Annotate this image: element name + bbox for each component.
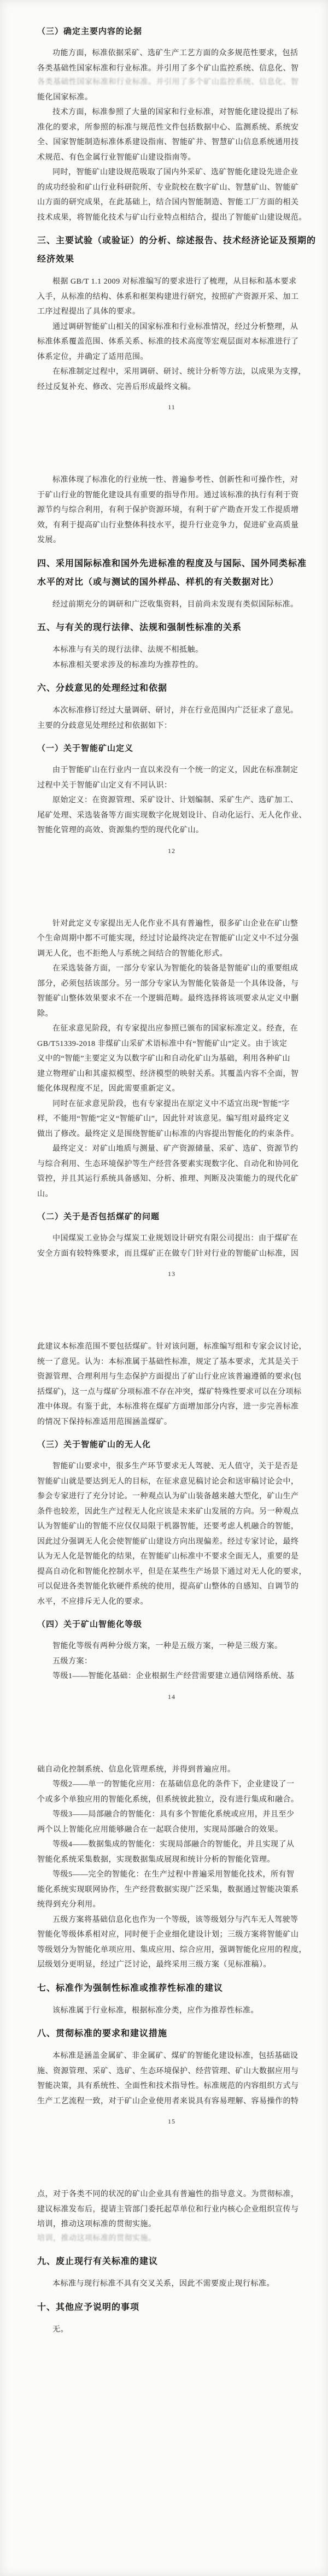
body-line: 智能化系统采集数据，实现数据集成展现和统计分析的智能化管理。 (37, 1852, 306, 1868)
page-number: 13 (37, 1270, 306, 1278)
body-line: 经过反复补充、修改、完善后形成最终文稿。 (37, 380, 306, 395)
body-line: 过程中关于智能矿山定义有不同认识： (37, 778, 306, 793)
body-line: 此建议本标准范围不要包括煤矿。针对该问题，标准编写组和专家会议讨论， (37, 1339, 306, 1355)
section-heading: 六、分歧意见的处理经过和依据 (37, 679, 306, 698)
body-line: 部分，必须包括该部分。另一部分专家认为智能化装备是一个具体设备，与 (37, 977, 306, 992)
body-line: 主要的分歧意见处理经过和依据如下： (37, 719, 306, 734)
body-line: 发展。 (37, 533, 306, 548)
body-line: 智能矿山要求中，很多生产环节要求无人驾驶、无人值守，关于是否是 (37, 1459, 306, 1474)
section-heading: 五、与有关的现行法律、法规和强制性标准的关系 (37, 619, 306, 637)
body-line: 两个以上智能化应用能够融合在一起联合使用，实现局部融合的效果。 (37, 1822, 306, 1838)
body-line: 在标准制定过程中，采用调研、研讨、统计分析等方法，以成果为支撑， (37, 364, 306, 380)
body-line: 调无人化，也不拒绝人与系统之间结合的智能化形式。 (37, 946, 306, 962)
section-heading: 九、废止现行有关标准的建议 (37, 2252, 306, 2271)
red-comma-mark: ， (93, 2206, 101, 2214)
body-line: 统一了意见。认为：本标准属于基础性标准，规定了基本要求，尤其是关于 (37, 1355, 306, 1370)
document-root: （三）确定主要内容的论据功能方面，标准依据采矿、选矿生产工艺方面的众多规范性要求… (37, 23, 306, 2337)
body-line: 样，不能用“智能”定义“智能矿山”，因此针对该意见。编写组对最终定义 (37, 1111, 306, 1127)
body-line: 统得到充分利用。 (37, 1897, 306, 1913)
body-line: 工序过程提出了具体的要求。 (37, 304, 306, 320)
body-line: 于矿山行业的智能化建设具有重要的指导作用。通过该标准的执行有利于资 (37, 488, 306, 503)
page-number: 11 (37, 403, 306, 411)
body-line: 除。 (37, 1007, 306, 1022)
body-line: 在征求意见阶段，有专家提出应参照已颁布的国家标准定义。经查，在 (37, 1021, 306, 1037)
body-text: 建议标准发布后 (37, 2206, 93, 2214)
body-line: 功能方面，标准依据采矿、选矿生产工艺方面的众多规范性要求，包括 (37, 46, 306, 61)
subsection-heading: （三）确定主要内容的论据 (37, 23, 306, 40)
body-line: 认为智能矿山的智能不应仅仅局限于机器智能，还要考虑人机融合的智能， (37, 1519, 306, 1534)
body-line: 能化国家标准。 (37, 90, 306, 105)
body-line: 建议标准发布后，提请主管部门委托起草单位和行业内核心企业组织宣传与 (37, 2202, 306, 2218)
scanned-document: （三）确定主要内容的论据功能方面，标准依据采矿、选矿生产工艺方面的众多规范性要求… (0, 0, 328, 2576)
body-line: 智能化管理的高效、资源集约型的现代化矿山。 (37, 823, 306, 838)
body-line: 提高自动化和智能化控制水平，但是在某些生产场景下通过对无人化的要求， (37, 1565, 306, 1580)
body-line: 本标准与现行标准不具有交叉关系，因此不需要废止现行标准。 (37, 2277, 306, 2292)
body-line: 山。 (37, 1187, 306, 1202)
body-line: 资源管理、合理利用与生态保护方面提出了矿山行业应该普遍遵循的要求(包 (37, 1369, 306, 1385)
body-line: 无。 (37, 2322, 306, 2338)
body-line: 该标准属于行业标准，根据标准分类，应作为推荐性标准。 (37, 2003, 306, 2019)
body-line: 智能决策，具有系统性、全面性和技术指导性。标准规范的内容组织方式与 (37, 2079, 306, 2094)
body-line: 准化的要求，所参照的标准与规范性文件包括数据中心、监测系统、系统安 (37, 120, 306, 136)
heading-line: 水平的对比（或与测试的国外样品、样机的有关数据对比） (37, 573, 306, 592)
subsection-heading: （四）关于矿山智能化等级 (37, 1616, 306, 1633)
body-line: 本标准是涵盖金属矿、非金属矿、煤矿的智能化建设标准，包括基础设 (37, 2049, 306, 2064)
body-line: 根据 GB/T 1.1 2009 对标准编写的要求进行了梳理，从目标和基本要求 (37, 274, 306, 290)
page-number: 14 (37, 1693, 306, 1701)
heading-line: 经济效果 (37, 250, 306, 269)
body-line: 体系定位，并确定了适用范围。 (37, 350, 306, 365)
body-line: 各类基础性国家标准和行业标准。并引用了多个矿山监控系统、信息化、智 (37, 61, 306, 77)
document-page: （三）确定主要内容的论据功能方面，标准依据采矿、选矿生产工艺方面的众多规范性要求… (37, 23, 306, 411)
heading-line: （三）关于智能矿山的无人化 (37, 1436, 306, 1454)
body-line: 建立物理矿山和其虚拟模型、经济模型的映射关系。其覆盖内容不全面，智 (37, 1067, 306, 1082)
body-line: 括煤矿)，这一点与煤矿分项标准不存在冲突，煤矿特殊性要求可以在分项标 (37, 1385, 306, 1400)
document-page: 点，对于各类不同的状况的矿山企业具有普遍性的指导意义。为贯彻标准，建议标准发布后… (37, 2187, 306, 2337)
heading-line: 三、主要试验（或验证）的分析、综述报告、技术经济论证及预期的 (37, 232, 306, 250)
body-line: 通过调研智能矿山相关的国家标准和行业标准情况，经过分析整理，从 (37, 320, 306, 335)
body-line: 生产工艺流程一致，对于矿山企业使用者来说具有容易理解、容易操作的特 (37, 2094, 306, 2109)
ghost-line: 各类基础性国家标准和行业标准。并引用了多个矿山监控系统、信息化、智 (37, 75, 306, 90)
body-line: GB/T51339-2018 非煤矿山采矿术语标准中有“智能矿山”定义。由于该定 (37, 1037, 306, 1052)
body-line: 条件也较差，因此生产过程无人化应该是未来矿山发展的方向。另一种观点 (37, 1504, 306, 1520)
body-line: 可以促进各类智能化软硬件系统的使用，提高矿山整体的自感知、自调节的 (37, 1579, 306, 1595)
body-line: 智能化等级有两种分级方案，一种是五级方案，一种是三级方案。 (37, 1639, 306, 1654)
body-line: 本次标准修订经过大量调研、研讨，并在行业范围内广泛征求了意见。 (37, 703, 306, 719)
heading-line: （一）关于智能矿山定义 (37, 740, 306, 757)
document-page: 础自动化控制系统、信息化管理系统，并得到普遍应用。等级2——单一的智能化应用：在… (37, 1762, 306, 2126)
body-line: 等级3——局部融合的智能化：具有多个智能化系统或应用，并且至少 (37, 1807, 306, 1822)
body-line: 础自动化控制系统、信息化管理系统，并得到普遍应用。 (37, 1762, 306, 1778)
heading-line: 七、标准作为强制性标准或推荐性标准的建议 (37, 1979, 306, 1998)
body-line: 山方面的研究成果，在此基础上，结合国内智能制造、智能工厂方面的相关 (37, 195, 306, 210)
ghost-line: 培训，推动这项标准的贯彻实施。 (37, 2231, 306, 2246)
heading-line: 十、其他应予说明的事项 (37, 2298, 306, 2317)
body-line: 点，对于各类不同的状况的矿山企业具有普遍性的指导意义。为贯彻标准， (37, 2187, 306, 2202)
body-line: 做出了修改。最终定义是围绕智能矿山标准的内容提出智能化的约束条件。 (37, 1127, 306, 1142)
body-line: 同时，智能矿山建设规范吸取了国内外采矿、选矿智能化建设先进企业 (37, 165, 306, 180)
body-line: 由于智能矿山在行业内一直以来没有一个统一的定义，因此在标准制定 (37, 763, 306, 778)
body-text: 提请主管部门委托起草单位和行业内核心企业组织宣传与 (101, 2206, 299, 2214)
section-heading: 四、采用国际标准和国外先进标准的程度及与国际、国外同类标准水平的对比（或与测试的… (37, 555, 306, 592)
body-line: 的情况下保持标准适用范围涵盖煤矿。 (37, 1415, 306, 1430)
document-page: 标准体现了标准化的行业统一性、普遍参考性、创新性和可操作性，对于矿山行业的智能化… (37, 473, 306, 855)
heading-line: （二）关于是否包括煤矿的问题 (37, 1208, 306, 1226)
body-line: 源节约与综合利用，有利于保护资源环境，有利于矿产勘查开发工作提质增 (37, 503, 306, 518)
body-line: 个生命周期中都不可能实现，经过讨论最终决定在智能矿山定义中不过分强 (37, 931, 306, 946)
body-line: 安全方面有较特殊要求，而且煤矿正在做专门针对行业的智能矿山标准，因 (37, 1246, 306, 1262)
body-line: 在采选装备方面，一部分专家认为智能化的装备是智能矿山的重要组成 (37, 961, 306, 977)
body-line: 全、国家智能制造标准体系建设指南、智能矿井、智慧矿山信息系统通用技 (37, 135, 306, 150)
body-line: 因此过分强调无人化会使智能矿山建设方向出现偏差。经过专家讨论，最终 (37, 1534, 306, 1550)
body-line: 认为无人化是智能化的结果，在智能矿山标准中不要求全面无人，重要的是 (37, 1549, 306, 1565)
heading-line: 六、分歧意见的处理经过和依据 (37, 679, 306, 698)
body-line: 的成功经验和矿山行业科研院所、专业院校在数字矿山、智慧矿山、智能矿 (37, 180, 306, 196)
section-heading: 七、标准作为强制性标准或推荐性标准的建议 (37, 1979, 306, 1998)
body-line: 标准体现了标准化的行业统一性、普遍参考性、创新性和可操作性，对 (37, 473, 306, 488)
subsection-heading: （一）关于智能矿山定义 (37, 740, 306, 757)
body-line: 经过前期充分的调研和广泛收集资料，目前尚未发现有类似国际标准。 (37, 597, 306, 613)
body-line: 五级方案： (37, 1654, 306, 1669)
body-line: 等级5——完全的智能化：在生产过程中普遍采用智能化技术，所有智 (37, 1867, 306, 1883)
heading-line: 四、采用国际标准和国外先进标准的程度及与国际、国外同类标准 (37, 555, 306, 573)
subsection-heading: （三）关于智能矿山的无人化 (37, 1436, 306, 1454)
body-line: 中国煤炭工业协会与煤炭工业规划设计研究有限公司提出：由于煤矿在 (37, 1231, 306, 1246)
body-line: 尾矿处理、采选装备等方面实现数字化规划设计、自动化运行、无人化作业、 (37, 808, 306, 824)
body-line: 参会专家进行了充分讨论。一种观点认为矿山装备越来越大型化，矿山生产 (37, 1489, 306, 1504)
page-number: 15 (37, 2118, 306, 2126)
body-line: 原始定义：在资源管理、采矿设计、计划编制、采矿生产、选矿加工、 (37, 793, 306, 808)
body-line: 智能矿山整体效果要求不在一个逻辑范畴。最终选择将该项要求从定义中删 (37, 991, 306, 1007)
body-line: 效，有利于提高矿山行业整体科技水平，提升行业竞争力，促进矿业高质量 (37, 518, 306, 533)
heading-line: 九、废止现行有关标准的建议 (37, 2252, 306, 2271)
body-line: 技术方面，标准参照了大量的国家和行业标准，对智能化建设提出了标 (37, 105, 306, 120)
body-line: 培训，推动这项标准的贯彻实施。 (37, 2217, 306, 2232)
body-line: 入手，从标准的结构、体系和框架构建进行研究，按照矿产资源开采、加工 (37, 290, 306, 305)
body-line: 智能化等级体系相对应，同时便于企业细化建设计划；三级方案将智能矿山 (37, 1927, 306, 1943)
body-line: 最终定义：对矿山地质与测量、矿产资源储量、采矿、选矿、资源节约 (37, 1142, 306, 1157)
body-line: 能化系统实现联网协作，生产经营数据实现广泛采集，数据通过智能决策系 (37, 1883, 306, 1898)
body-line: 五级方案将基础信息化也作为一个等级，该等级划分与汽车无人驾驶等 (37, 1913, 306, 1928)
body-line: 与综合利用、生态环境保护等生产经营各要素实现数字化、自动化和协同化 (37, 1157, 306, 1172)
body-line: 施、资源管理、采矿、选矿、生态环境保护、经营管理、矿山大数据应用与 (37, 2064, 306, 2079)
body-line: 能化体现程度不足，因此需要重新定义。 (37, 1081, 306, 1097)
body-line: 等级4——数据集成的智能化：实现局部融合的智能化，并且实现了从 (37, 1837, 306, 1852)
section-heading: 十、其他应予说明的事项 (37, 2298, 306, 2317)
body-line: 术规范、有色金属行业智能矿山建设指南等。 (37, 150, 306, 166)
body-line: 水平，不应排斥无人化的要求。 (37, 1595, 306, 1610)
body-line: 义中的“智能”主要定义为以数字矿山和自动化矿山为基础，利用各种矿山 (37, 1051, 306, 1067)
body-line: 等级划分为智能化单项应用、集成应用、综合应用，强调智能化应用的程度， (37, 1943, 306, 1958)
heading-line: 五、与有关的现行法律、法规和强制性标准的关系 (37, 619, 306, 637)
heading-line: 八、贯彻标准的要求和建议措施 (37, 2025, 306, 2043)
body-line: 等级2——单一的智能化应用：在基础信息化的条件下，企业建设了一 (37, 1777, 306, 1792)
document-page: 此建议本标准范围不要包括煤矿。针对该问题，标准编写组和专家会议讨论，统一了意见。… (37, 1339, 306, 1701)
body-line: 本标准相关要求涉及的标准均为推荐性的。 (37, 658, 306, 673)
body-line: 本标准与有关的现行法律、法规不相抵触。 (37, 643, 306, 658)
body-line: 同时在征求意见阶段，也有专家提出在原定义中不适宜出现“智能”字 (37, 1097, 306, 1112)
heading-line: （三）确定主要内容的论据 (37, 23, 306, 40)
body-line: 技术成果，将智能化技术与矿山行业特点相结合，提出了智能矿山建设规范。 (37, 210, 306, 226)
body-line: 层级划分更明显，经过广泛讨论，最终采用三级方案（见标准稿）。 (37, 1957, 306, 1973)
body-line: 管控，并且其运行系统具备感知、分析、推理、判断及决策能力的现代化矿 (37, 1172, 306, 1187)
section-heading: 八、贯彻标准的要求和建议措施 (37, 2025, 306, 2043)
body-line: 个或多个单独应用的智能化系统，但系统彼此独立，没有进行集成和融合。 (37, 1792, 306, 1808)
body-line: 针对此定义专家提出无人化作业不具有普遍性，很多矿山企业在矿山整 (37, 916, 306, 932)
page-number: 12 (37, 847, 306, 855)
body-line: 标准体系覆盖范围、体系关系、标准的技术高度等宏观层面对本标准进行了 (37, 334, 306, 350)
document-page: 针对此定义专家提出无人化作业不具有普遍性，很多矿山企业在矿山整个生命周期中都不可… (37, 916, 306, 1279)
body-line: 智能矿山就是要达到无人的目标，在征求意见稿讨论会和送审稿讨论会中， (37, 1474, 306, 1490)
section-heading: 三、主要试验（或验证）的分析、综述报告、技术经济论证及预期的经济效果 (37, 232, 306, 269)
heading-line: （四）关于矿山智能化等级 (37, 1616, 306, 1633)
body-line: 准中体现。有鉴于此，本标准将在煤矿方面增加部分内容，进一步完善标准 (37, 1399, 306, 1415)
subsection-heading: （二）关于是否包括煤矿的问题 (37, 1208, 306, 1226)
body-line: 等级1——智能化基础：企业根据生产经营需要建立通信网络系统、基 (37, 1669, 306, 1684)
